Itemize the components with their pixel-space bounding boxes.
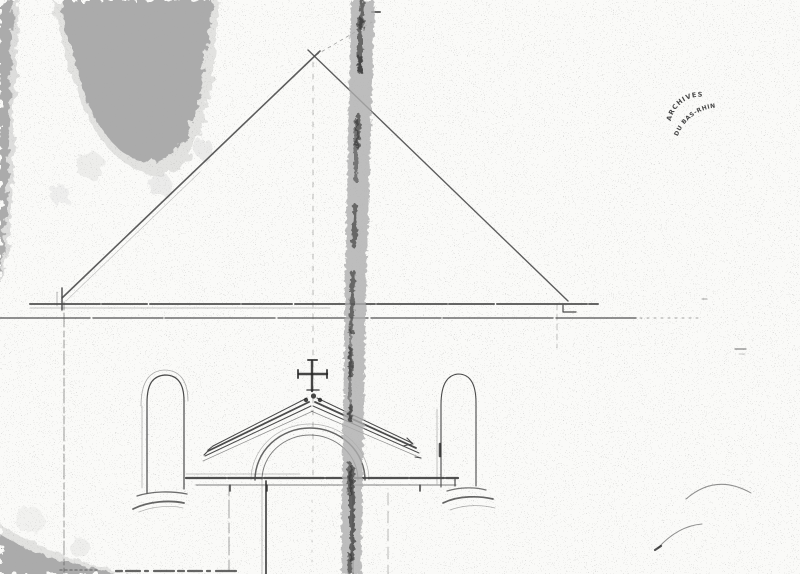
finial-ball bbox=[311, 393, 316, 398]
scanned-drawing-page: ARCHIVES DU BAS-RHIN bbox=[0, 0, 800, 574]
pediment-apex-knob bbox=[318, 398, 322, 402]
pediment-apex-knob bbox=[304, 398, 308, 402]
church-facade-elevation-scan: ARCHIVES DU BAS-RHIN bbox=[0, 0, 800, 574]
